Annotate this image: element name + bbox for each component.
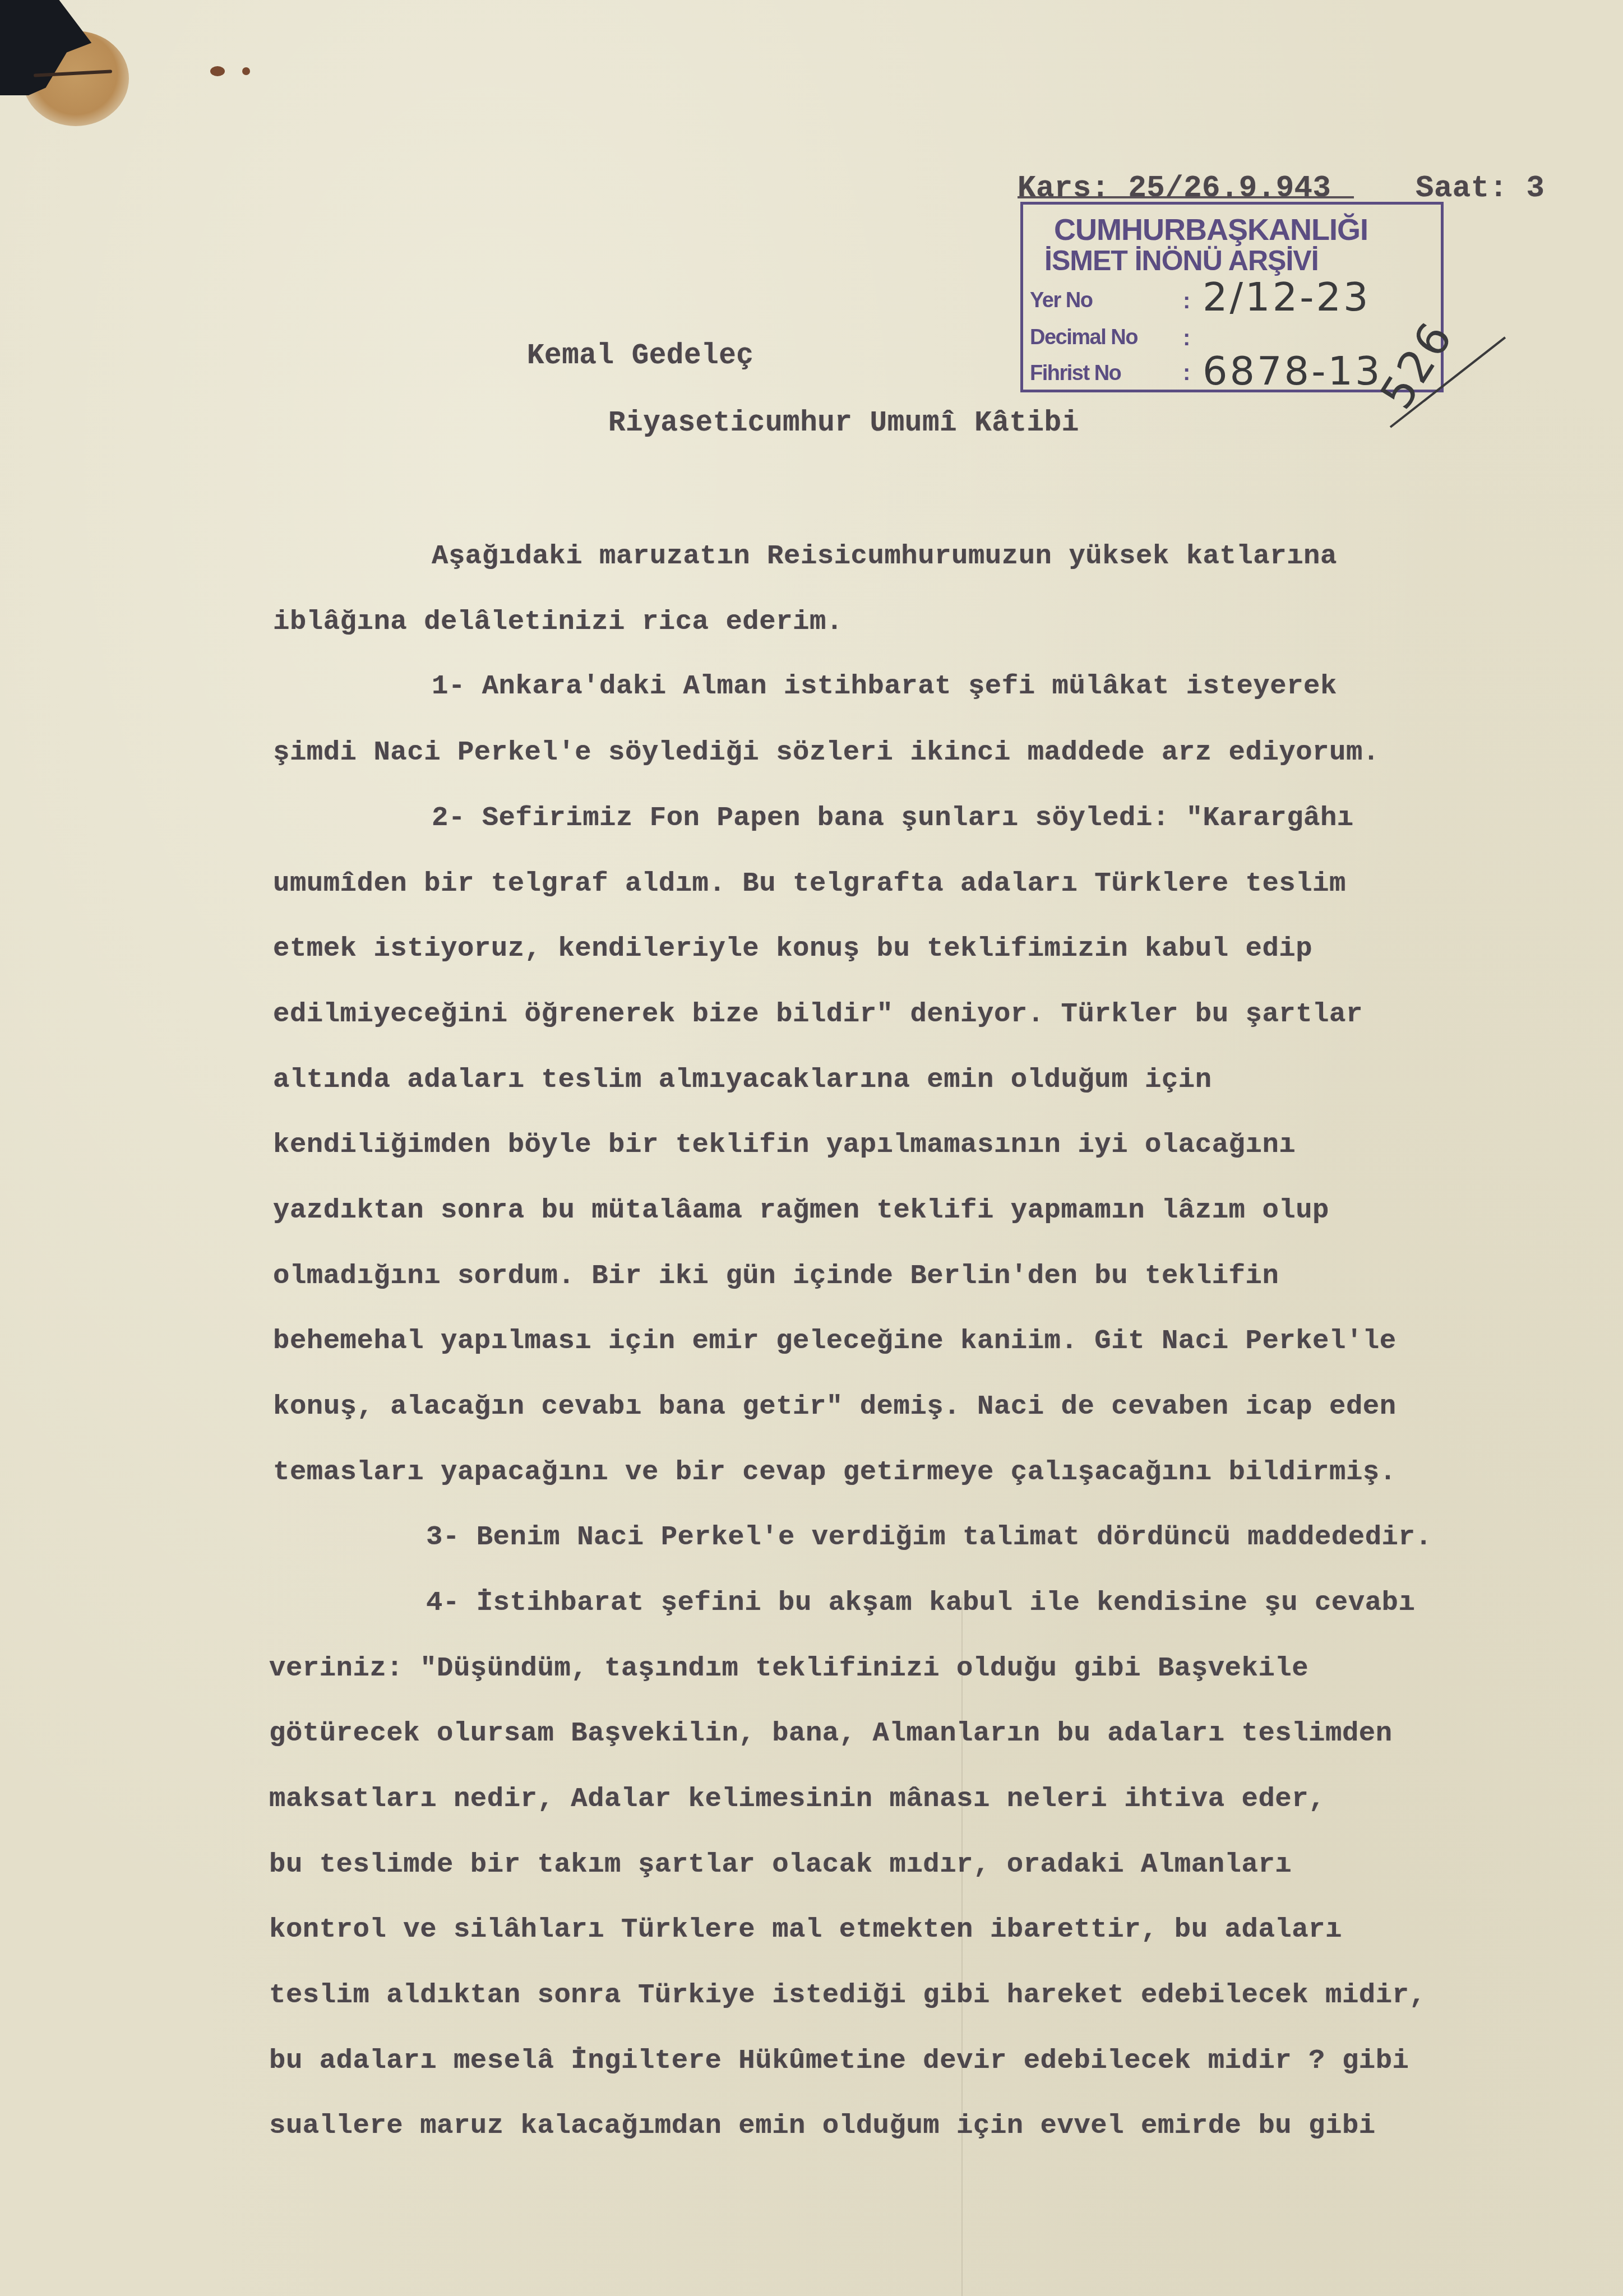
addressee-title: Riyaseticumhur Umumî Kâtibi [608, 409, 1079, 438]
body-line: bu teslimde bir takım şartlar olacak mıd… [269, 1851, 1292, 1878]
body-line: teslim aldıktan sonra Türkiye istediği g… [269, 1982, 1426, 2009]
body-line: konuş, alacağın cevabı bana getir" demiş… [273, 1393, 1397, 1420]
stamp-colon: : [1183, 289, 1190, 314]
body-line: kendiliğimden böyle bir teklifin yapılma… [273, 1131, 1296, 1159]
fihrist-no-value: 6878-13 [1203, 351, 1382, 391]
body-line: edilmiyeceğini öğrenerek bize bildir" de… [273, 1001, 1363, 1028]
stamp-colon: : [1183, 360, 1190, 386]
body-line: altında adaları teslim almıyacaklarına e… [273, 1066, 1212, 1094]
body-line: maksatları nedir, Adalar kelimesinin mân… [269, 1785, 1325, 1813]
place-date: Kars: 25/26.9.943 [1018, 174, 1331, 204]
body-line: bu adaları meselâ İngiltere Hükûmetine d… [269, 2047, 1409, 2075]
archive-stamp: CUMHURBAŞKANLIĞI İSMET İNÖNÜ ARŞİVİ Yer … [1020, 202, 1444, 392]
fihrist-no-label: Fihrist No [1030, 363, 1121, 384]
body-line: 4- İstihbarat şefini bu akşam kabul ile … [426, 1589, 1415, 1617]
stamp-archive-name: İSMET İNÖNÜ ARŞİVİ [1044, 247, 1319, 275]
body-line: etmek istiyoruz, kendileriyle konuş bu t… [273, 935, 1312, 962]
addressee-name: Kemal Gedeleç [527, 342, 753, 371]
yer-no-value: 2/12-23 [1203, 277, 1371, 317]
body-line: Aşağıdaki maruzatın Reisicumhurumuzun yü… [432, 543, 1337, 570]
body-line: umumîden bir telgraf aldım. Bu telgrafta… [273, 870, 1346, 897]
body-line: şimdi Naci Perkel'e söylediği sözleri ik… [273, 739, 1380, 766]
body-line: kontrol ve silâhları Türklere mal etmekt… [269, 1916, 1342, 1943]
body-line: olmadığını sordum. Bir iki gün içinde Be… [273, 1262, 1279, 1290]
body-line: temasları yapacağını ve bir cevap getirm… [273, 1459, 1397, 1486]
body-line: iblâğına delâletinizi rica ederim. [273, 608, 843, 636]
rust-mark [210, 66, 225, 76]
body-line: yazdıktan sonra bu mütalâama rağmen tekl… [273, 1197, 1329, 1224]
body-line: veriniz: "Düşündüm, taşındım teklifinizi… [269, 1655, 1308, 1682]
stamp-colon: : [1183, 326, 1190, 351]
stamp-institution: CUMHURBAŞKANLIĞI [1054, 215, 1368, 245]
date-underline [1018, 196, 1354, 198]
rust-mark [242, 67, 250, 75]
body-line: 3- Benim Naci Perkel'e verdiğim talimat … [426, 1524, 1432, 1551]
yer-no-label: Yer No [1030, 290, 1092, 311]
decimal-no-label: Decimal No [1030, 327, 1138, 348]
body-line: 2- Sefirimiz Fon Papen bana şunları söyl… [432, 804, 1354, 832]
time-label: Saat: 3 [1416, 174, 1545, 204]
body-line: götürecek olursam Başvekilin, bana, Alma… [269, 1720, 1393, 1747]
body-line: suallere maruz kalacağımdan emin olduğum… [269, 2112, 1376, 2140]
body-line: 1- Ankara'daki Alman istihbarat şefi mül… [432, 673, 1337, 700]
fold-line [961, 1598, 963, 2296]
body-line: behemehal yapılması için emir geleceğine… [273, 1327, 1397, 1355]
